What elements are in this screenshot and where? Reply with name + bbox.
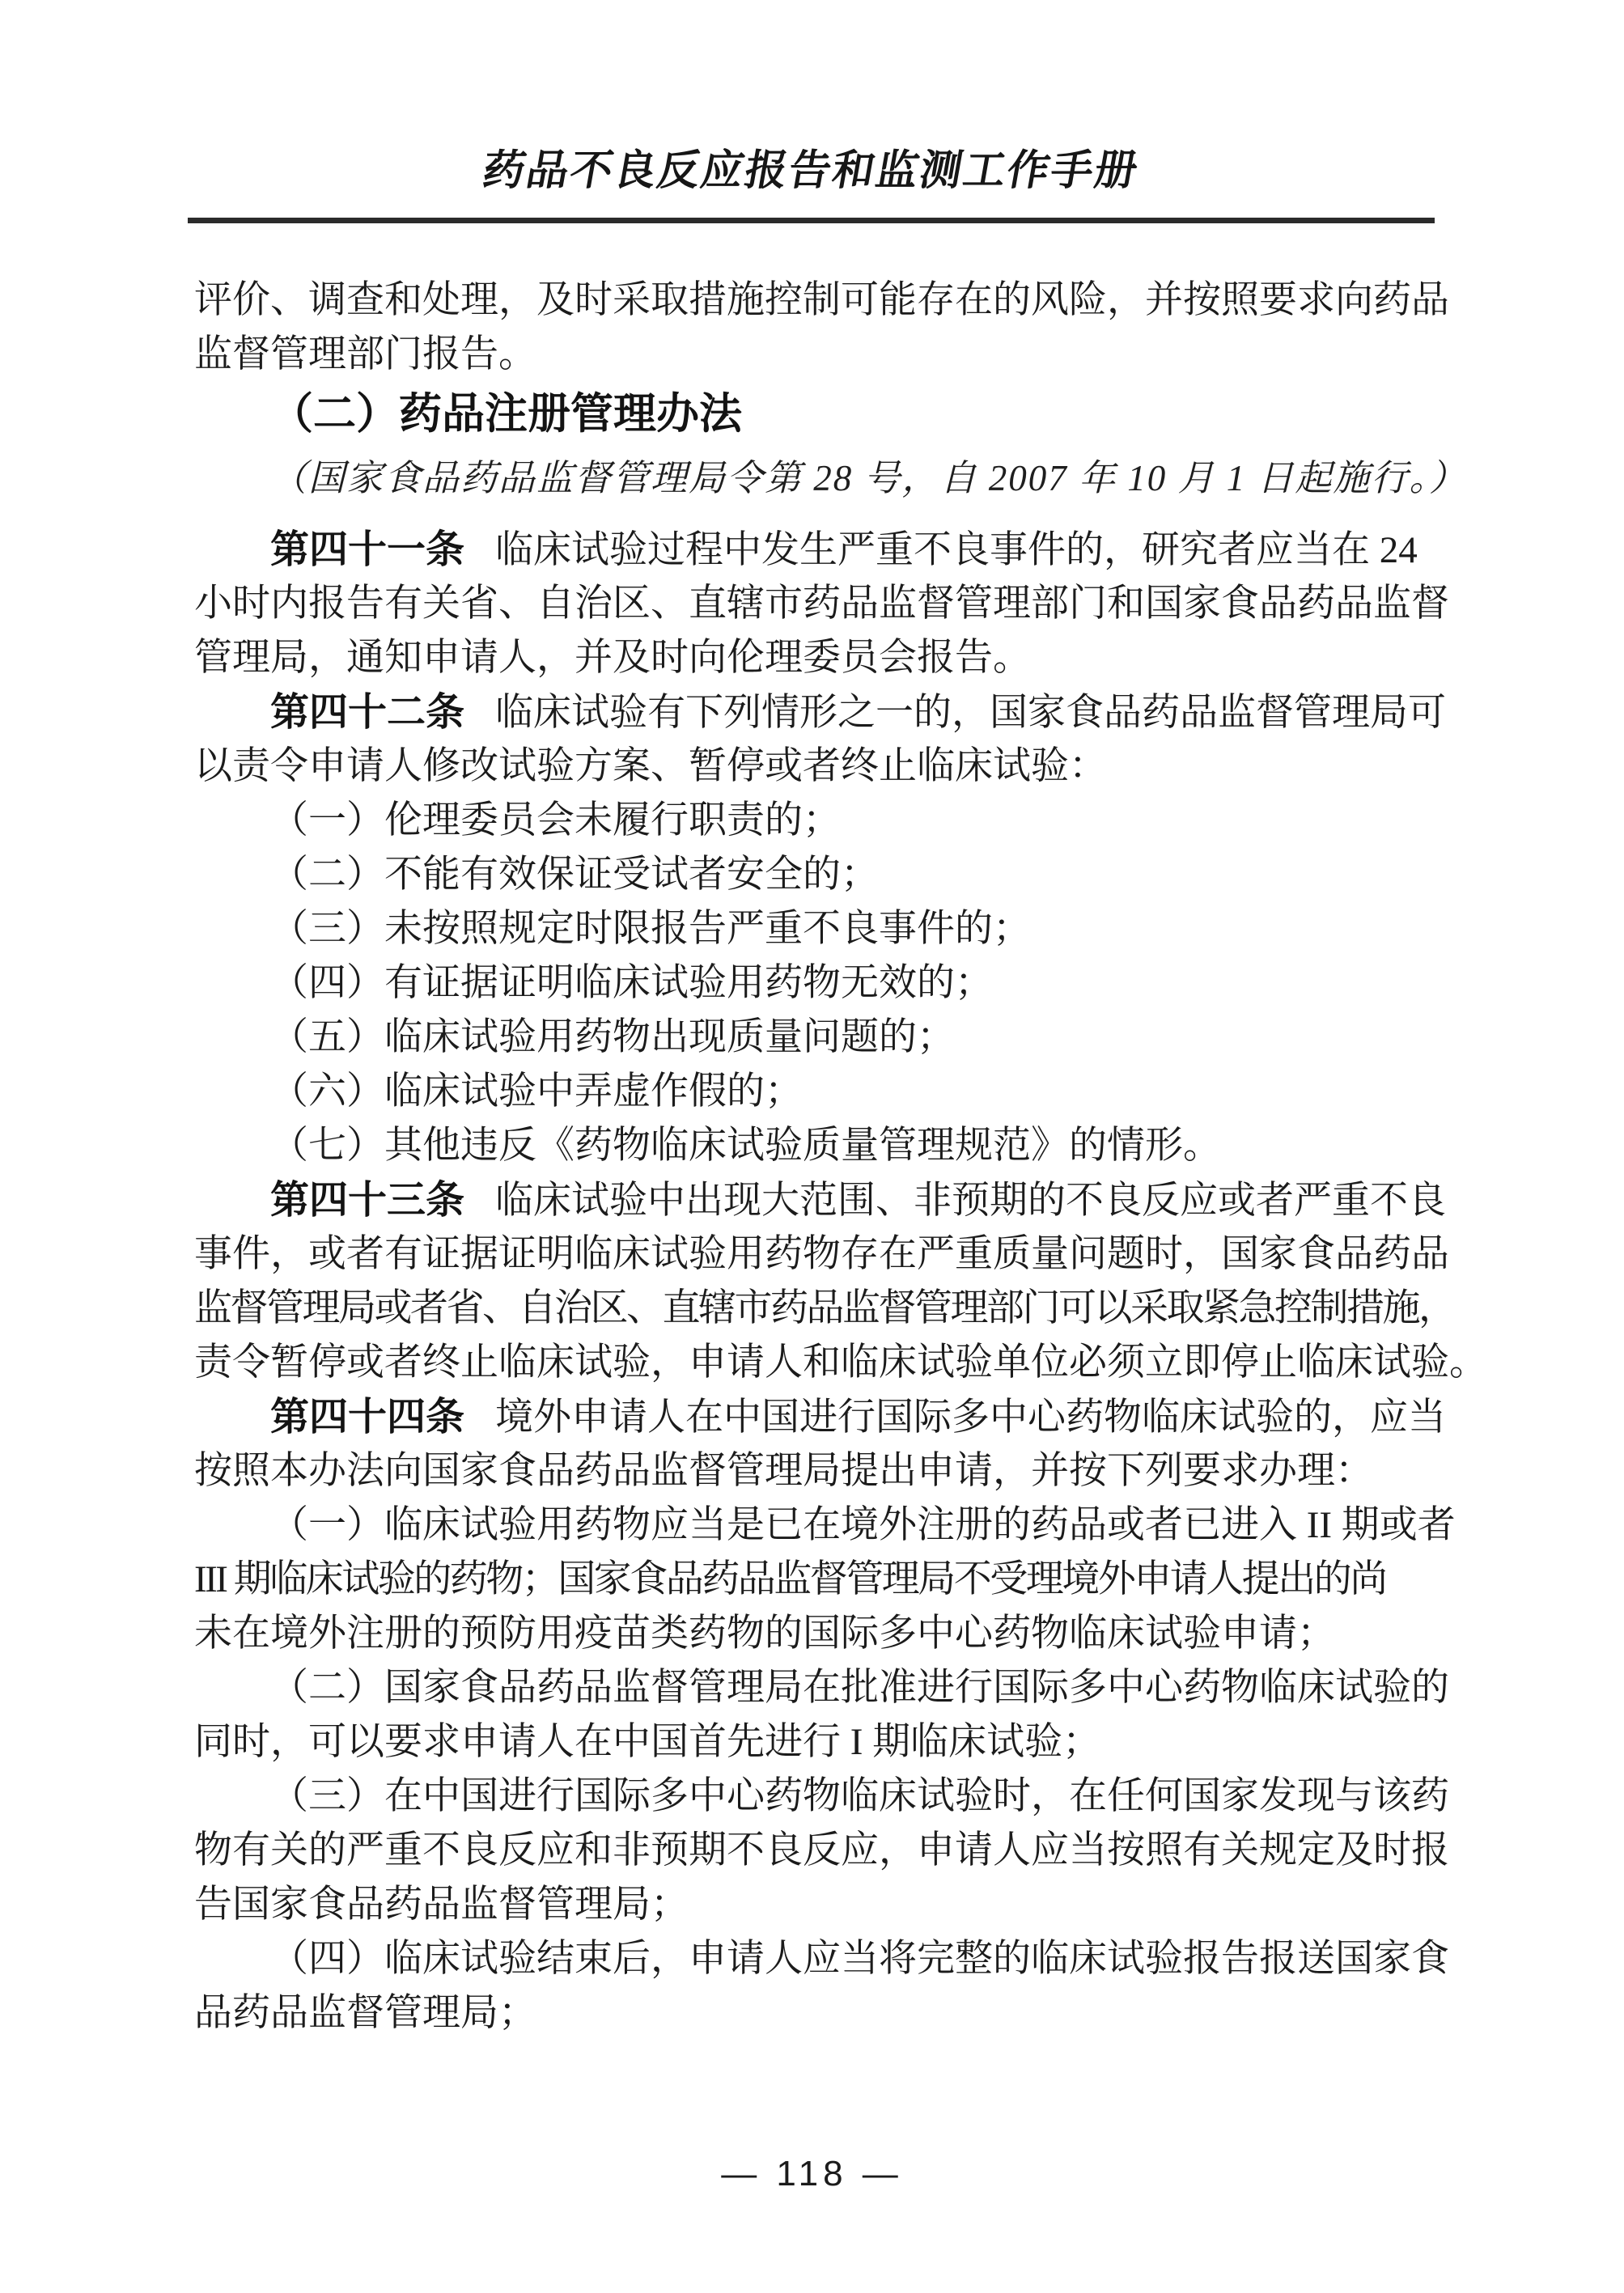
book-page: 药品不良反应报告和监测工作手册 评价、调查和处理，及时采取措施控制可能存在的风险…: [0, 0, 1624, 2293]
body-line: 责令暂停或者终止临床试验，申请人和临床试验单位必须立即停止临床试验。: [194, 1336, 1432, 1390]
body-line: 未在境外注册的预防用疫苗类药物的国际多中心药物临床试验申请；: [194, 1607, 1432, 1661]
body-line: 第四十二条临床试验有下列情形之一的，国家食品药品监督管理局可: [194, 685, 1432, 740]
body-line: 管理局，通知申请人，并及时向伦理委员会报告。: [194, 631, 1432, 685]
body-line: 按照本办法向国家食品药品监督管理局提出申请，并按下列要求办理：: [194, 1444, 1432, 1498]
body-line: 评价、调查和处理，及时采取措施控制可能存在的风险，并按照要求向药品: [194, 273, 1432, 328]
list-item-line: （二）国家食品药品监督管理局在批准进行国际多中心药物临床试验的: [194, 1661, 1432, 1715]
header-rule-divider: [188, 218, 1435, 223]
page-footer: — 118 —: [0, 2154, 1624, 2194]
article-number: 第四十四条: [270, 1396, 464, 1439]
body-line: 第四十一条临床试验过程中发生严重不良事件的，研究者应当在 24: [194, 523, 1432, 577]
body-line: III 期临床试验的药物；国家食品药品监督管理局不受理境外申请人提出的尚: [194, 1553, 1432, 1607]
article-number: 第四十三条: [270, 1179, 464, 1222]
list-item-line: （一）伦理委员会未履行职责的；: [194, 794, 1432, 848]
list-item-line: （三）在中国进行国际多中心药物临床试验时，在任何国家发现与该药: [194, 1770, 1432, 1824]
list-item-line: （七）其他违反《药物临床试验质量管理规范》的情形。: [194, 1119, 1432, 1173]
article-text: 临床试验过程中发生严重不良事件的，研究者应当在 24: [495, 529, 1418, 571]
article-text: 临床试验中出现大范围、非预期的不良反应或者严重不良: [495, 1180, 1446, 1222]
body-line: 以责令申请人修改试验方案、暂停或者终止临床试验：: [194, 740, 1432, 794]
list-item-line: （四）临床试验结束后，申请人应当将完整的临床试验报告报送国家食: [194, 1932, 1432, 1986]
article-text: 境外申请人在中国进行国际多中心药物临床试验的，应当: [495, 1397, 1446, 1439]
page-number: — 118 —: [721, 2154, 903, 2193]
body-line: 告国家食品药品监督管理局；: [194, 1878, 1432, 1932]
body-line: 监督管理局或者省、自治区、直辖市药品监督管理部门可以采取紧急控制措施，: [194, 1282, 1432, 1336]
list-item-line: （六）临床试验中弄虚作假的；: [194, 1065, 1432, 1119]
article-number: 第四十二条: [270, 691, 464, 734]
running-head-title: 药品不良反应报告和监测工作手册: [479, 136, 1145, 197]
section-heading: （二）药品注册管理办法: [194, 382, 1432, 447]
decree-note: （国家食品药品监督管理局令第 28 号，自 2007 年 10 月 1 日起施行…: [194, 447, 1432, 510]
body-line: 第四十四条境外申请人在中国进行国际多中心药物临床试验的，应当: [194, 1390, 1432, 1444]
body-line: 第四十三条临床试验中出现大范围、非预期的不良反应或者严重不良: [194, 1173, 1432, 1227]
list-item-line: （五）临床试验用药物出现质量问题的；: [194, 1011, 1432, 1065]
list-item-line: （一）临床试验用药物应当是已在境外注册的药品或者已进入 II 期或者: [194, 1498, 1432, 1553]
body-text: 评价、调查和处理，及时采取措施控制可能存在的风险，并按照要求向药品 监督管理部门…: [194, 273, 1432, 2041]
article-text: 临床试验有下列情形之一的，国家食品药品监督管理局可: [495, 692, 1446, 734]
body-line: 事件，或者有证据证明临床试验用药物存在严重质量问题时，国家食品药品: [194, 1227, 1432, 1282]
page-header: 药品不良反应报告和监测工作手册: [0, 136, 1624, 197]
body-line: 品药品监督管理局；: [194, 1986, 1432, 2041]
article-number: 第四十一条: [270, 528, 464, 571]
list-item-line: （二）不能有效保证受试者安全的；: [194, 848, 1432, 902]
body-line: 监督管理部门报告。: [194, 328, 1432, 382]
body-line: 小时内报告有关省、自治区、直辖市药品监督管理部门和国家食品药品监督: [194, 577, 1432, 631]
list-item-line: （四）有证据证明临床试验用药物无效的；: [194, 956, 1432, 1011]
list-item-line: （三）未按照规定时限报告严重不良事件的；: [194, 902, 1432, 956]
body-line: 同时，可以要求申请人在中国首先进行 I 期临床试验；: [194, 1715, 1432, 1770]
body-line: 物有关的严重不良反应和非预期不良反应，申请人应当按照有关规定及时报: [194, 1824, 1432, 1878]
